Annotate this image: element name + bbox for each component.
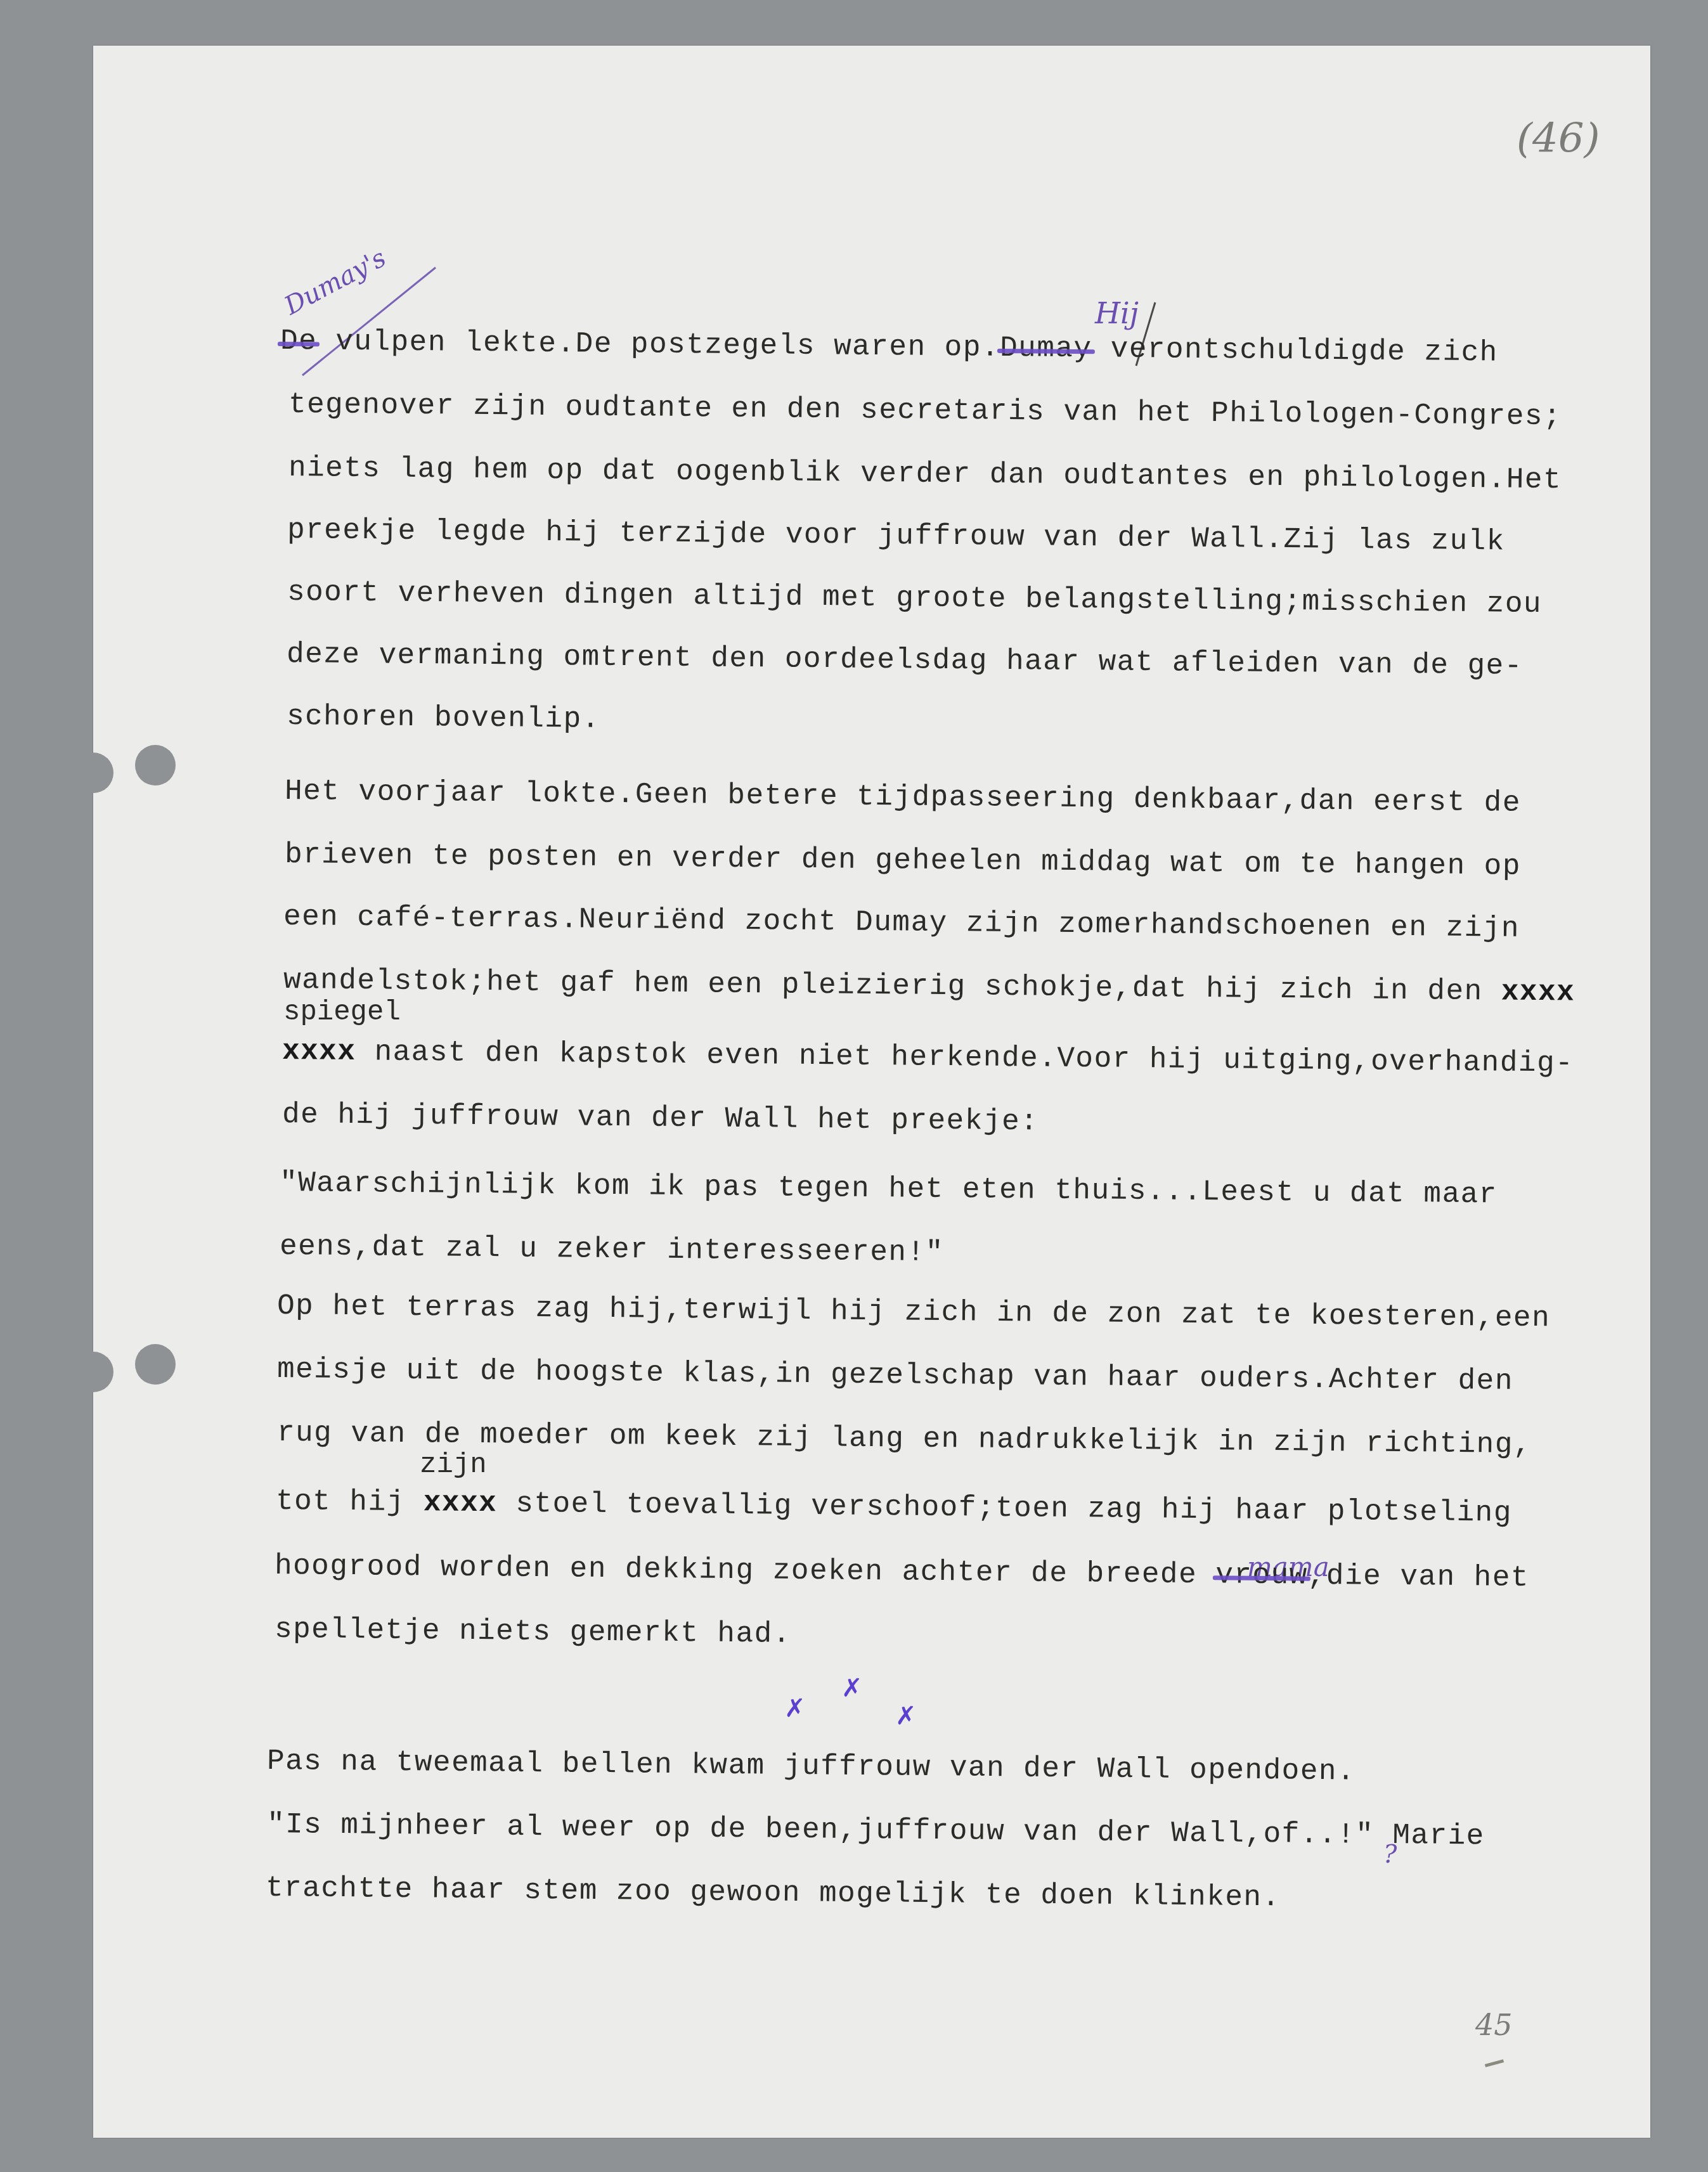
line-text: vulpen lekte.De postzegels waren op.: [317, 325, 1000, 365]
line-text: tot hij: [276, 1485, 424, 1519]
text-line: een café-terras.Neuriënd zocht Dumay zij…: [283, 900, 1520, 945]
text-line: hoogrood worden en dekking zoeken achter…: [275, 1549, 1530, 1594]
interlinear-insert: spiegel: [283, 997, 401, 1028]
page-number-bottom: 45: [1475, 2008, 1513, 2042]
line-text: verontschuldigde zich: [1092, 332, 1498, 369]
text-line: Het voorjaar lokte.Geen betere tijdpasse…: [285, 775, 1521, 820]
text-line: preekje legde hij terzijde voor juffrouw…: [287, 514, 1505, 558]
line-text: naast den kapstok even niet herkende.Voo…: [356, 1035, 1574, 1080]
text-line: deze vermaning omtrent den oordeelsdag h…: [287, 638, 1523, 683]
line-text: wandelstok;het gaf hem een pleizierig sc…: [283, 964, 1501, 1008]
text-line: meisje uit de hoogste klas,in gezelschap…: [277, 1353, 1513, 1398]
interlinear-insert: zijn: [420, 1449, 487, 1481]
typed-over-word: xxxx: [1501, 975, 1575, 1009]
text-line: Op het terras zag hij,terwijl hij zich i…: [277, 1290, 1551, 1335]
text-line: trachtte haar stem zoo gewoon mogelijk t…: [266, 1871, 1281, 1914]
text-line: soort verheven dingen altijd met groote …: [287, 576, 1543, 621]
section-break-mark: ✗: [895, 1702, 917, 1731]
text-line: brieven te posten en verder den geheelen…: [285, 838, 1521, 883]
section-break-mark: ✗: [841, 1674, 863, 1703]
line-text: hoogrood worden en dekking zoeken achter…: [275, 1549, 1216, 1591]
text-line: spelletje niets gemerkt had.: [275, 1613, 791, 1651]
annotation-question-mark: ?: [1383, 1840, 1397, 1869]
text-line: wandelstok;het gaf hem een pleizierig sc…: [283, 964, 1575, 1009]
text-line: "Is mijnheer al weer op de been,juffrouw…: [267, 1808, 1485, 1852]
text-line: Pas na tweemaal bellen kwam juffrouw van…: [267, 1745, 1356, 1788]
struck-word: De: [280, 325, 318, 358]
text-line: eens,dat zal u zeker interesseeren!": [280, 1230, 944, 1269]
text-line: tot hij xxxx stoel toevallig verschoof;t…: [276, 1485, 1512, 1530]
text-line: niets lag hem op dat oogenblik verder da…: [288, 451, 1562, 496]
typed-over-word: xxxx: [282, 1035, 356, 1068]
typed-over-word: xxxx: [424, 1486, 498, 1520]
typescript-page: (46) Dumay's Hij De vulpen lekte.De post…: [93, 46, 1650, 2138]
text-line: de hij juffrouw van der Wall het preekje…: [282, 1098, 1039, 1138]
text-line: tegenover zijn oudtante en den secretari…: [288, 388, 1562, 433]
text-line: De vulpen lekte.De postzegels waren op.D…: [280, 325, 1498, 369]
line-text: stoel toevallig verschoof;toen zag hij h…: [497, 1487, 1512, 1529]
section-break-mark: ✗: [784, 1694, 806, 1723]
line-text: ,die van het: [1308, 1560, 1530, 1594]
struck-word: Dumay: [1000, 332, 1092, 365]
text-line: "Waarschijnlijk kom ik pas tegen het ete…: [280, 1167, 1498, 1211]
text-line: schoren bovenlip.: [287, 700, 600, 736]
text-line: xxxx naast den kapstok even niet herkend…: [282, 1035, 1574, 1080]
struck-word: vrouw: [1215, 1558, 1308, 1592]
typescript-body: De vulpen lekte.De postzegels waren op.D…: [93, 46, 1650, 2138]
